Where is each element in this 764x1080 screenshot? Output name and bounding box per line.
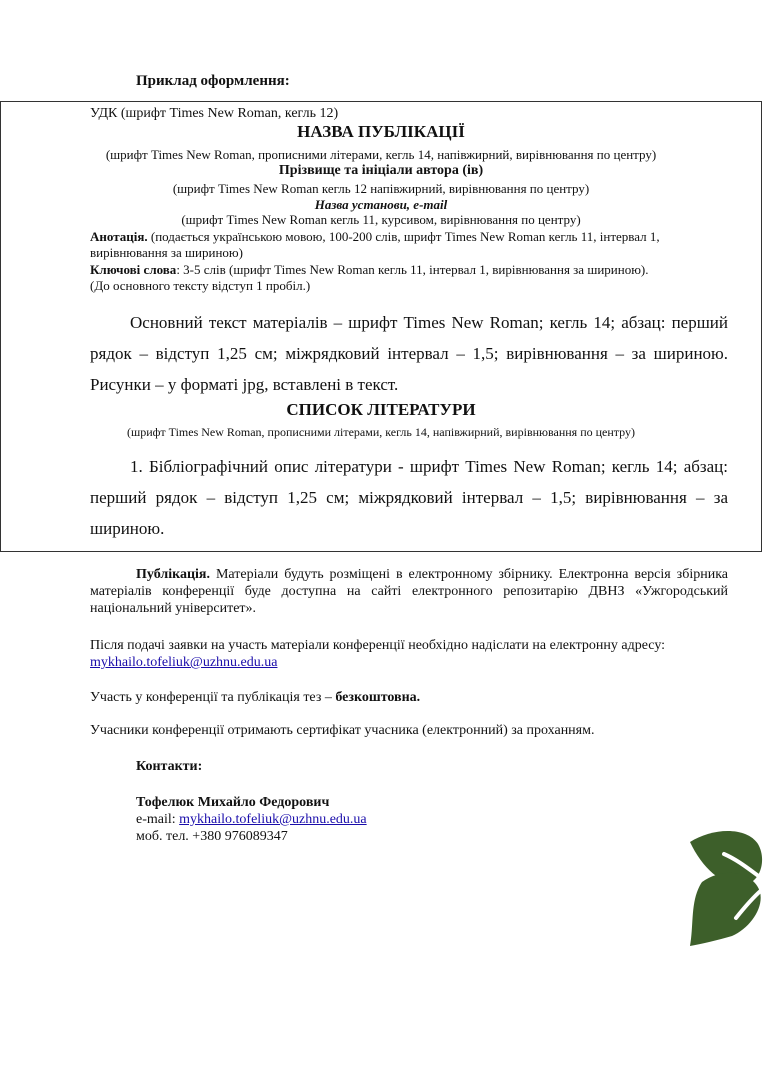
leaf-icon (684, 826, 764, 946)
submission-email-link[interactable]: mykhailo.tofeliuk@uzhnu.edu.ua (90, 655, 277, 670)
references-item: 1. Бібліографічний опис літератури - шри… (90, 451, 728, 544)
free-bold: безкоштовна. (335, 690, 420, 705)
contact-name: Тофелюк Михайло Федорович (136, 795, 329, 811)
contact-email-label: e-mail: (136, 812, 179, 827)
institution-sample: Назва установи, e-mail (0, 197, 762, 212)
free-participation-paragraph: Участь у конференції та публікація тез –… (90, 689, 728, 706)
annotation-line: Анотація. (подається українською мовою, … (90, 229, 730, 261)
udk-line: УДК (шрифт Times New Roman, кегль 12) (90, 106, 730, 121)
main-text-sample: Основний текст матеріалів – шрифт Times … (90, 307, 728, 400)
keywords-label: Ключові слова (90, 262, 176, 277)
certificate-paragraph: Учасники конференції отримають сертифіка… (90, 722, 728, 739)
spacing-note: (До основного тексту відступ 1 пробіл.) (90, 278, 730, 293)
contact-phone: моб. тел. +380 976089347 (136, 829, 288, 845)
annotation-label: Анотація. (90, 229, 148, 244)
references-title: СПИСОК ЛІТЕРАТУРИ (0, 402, 762, 417)
references-note: (шрифт Times New Roman, прописними літер… (0, 425, 762, 440)
publication-title-sample: НАЗВА ПУБЛІКАЦІЇ (0, 124, 762, 139)
author-note: (шрифт Times New Roman кегль 12 напівжир… (0, 181, 762, 196)
contacts-heading: Контакти: (136, 759, 202, 775)
free-text: Участь у конференції та публікація тез – (90, 690, 335, 705)
example-heading: Приклад оформлення: (136, 73, 290, 90)
author-sample: Прізвище та ініціали автора (ів) (0, 163, 762, 178)
annotation-text: (подається українською мовою, 100-200 сл… (90, 229, 660, 260)
publication-label: Публікація. (136, 567, 210, 582)
institution-note: (шрифт Times New Roman кегль 11, курсиво… (0, 212, 762, 227)
contact-email-link[interactable]: mykhailo.tofeliuk@uzhnu.edu.ua (179, 812, 366, 827)
contact-email-line: e-mail: mykhailo.tofeliuk@uzhnu.edu.ua (136, 812, 367, 828)
after-submit-text: Після подачі заявки на участь матеріали … (90, 638, 665, 653)
publication-paragraph: Публікація. Матеріали будуть розміщені в… (90, 566, 728, 617)
keywords-text: : 3-5 слів (шрифт Times New Roman кегль … (176, 262, 648, 277)
publication-title-note: (шрифт Times New Roman, прописними літер… (0, 147, 762, 162)
after-submit-paragraph: Після подачі заявки на участь матеріали … (90, 637, 728, 671)
keywords-line: Ключові слова: 3-5 слів (шрифт Times New… (90, 262, 730, 277)
